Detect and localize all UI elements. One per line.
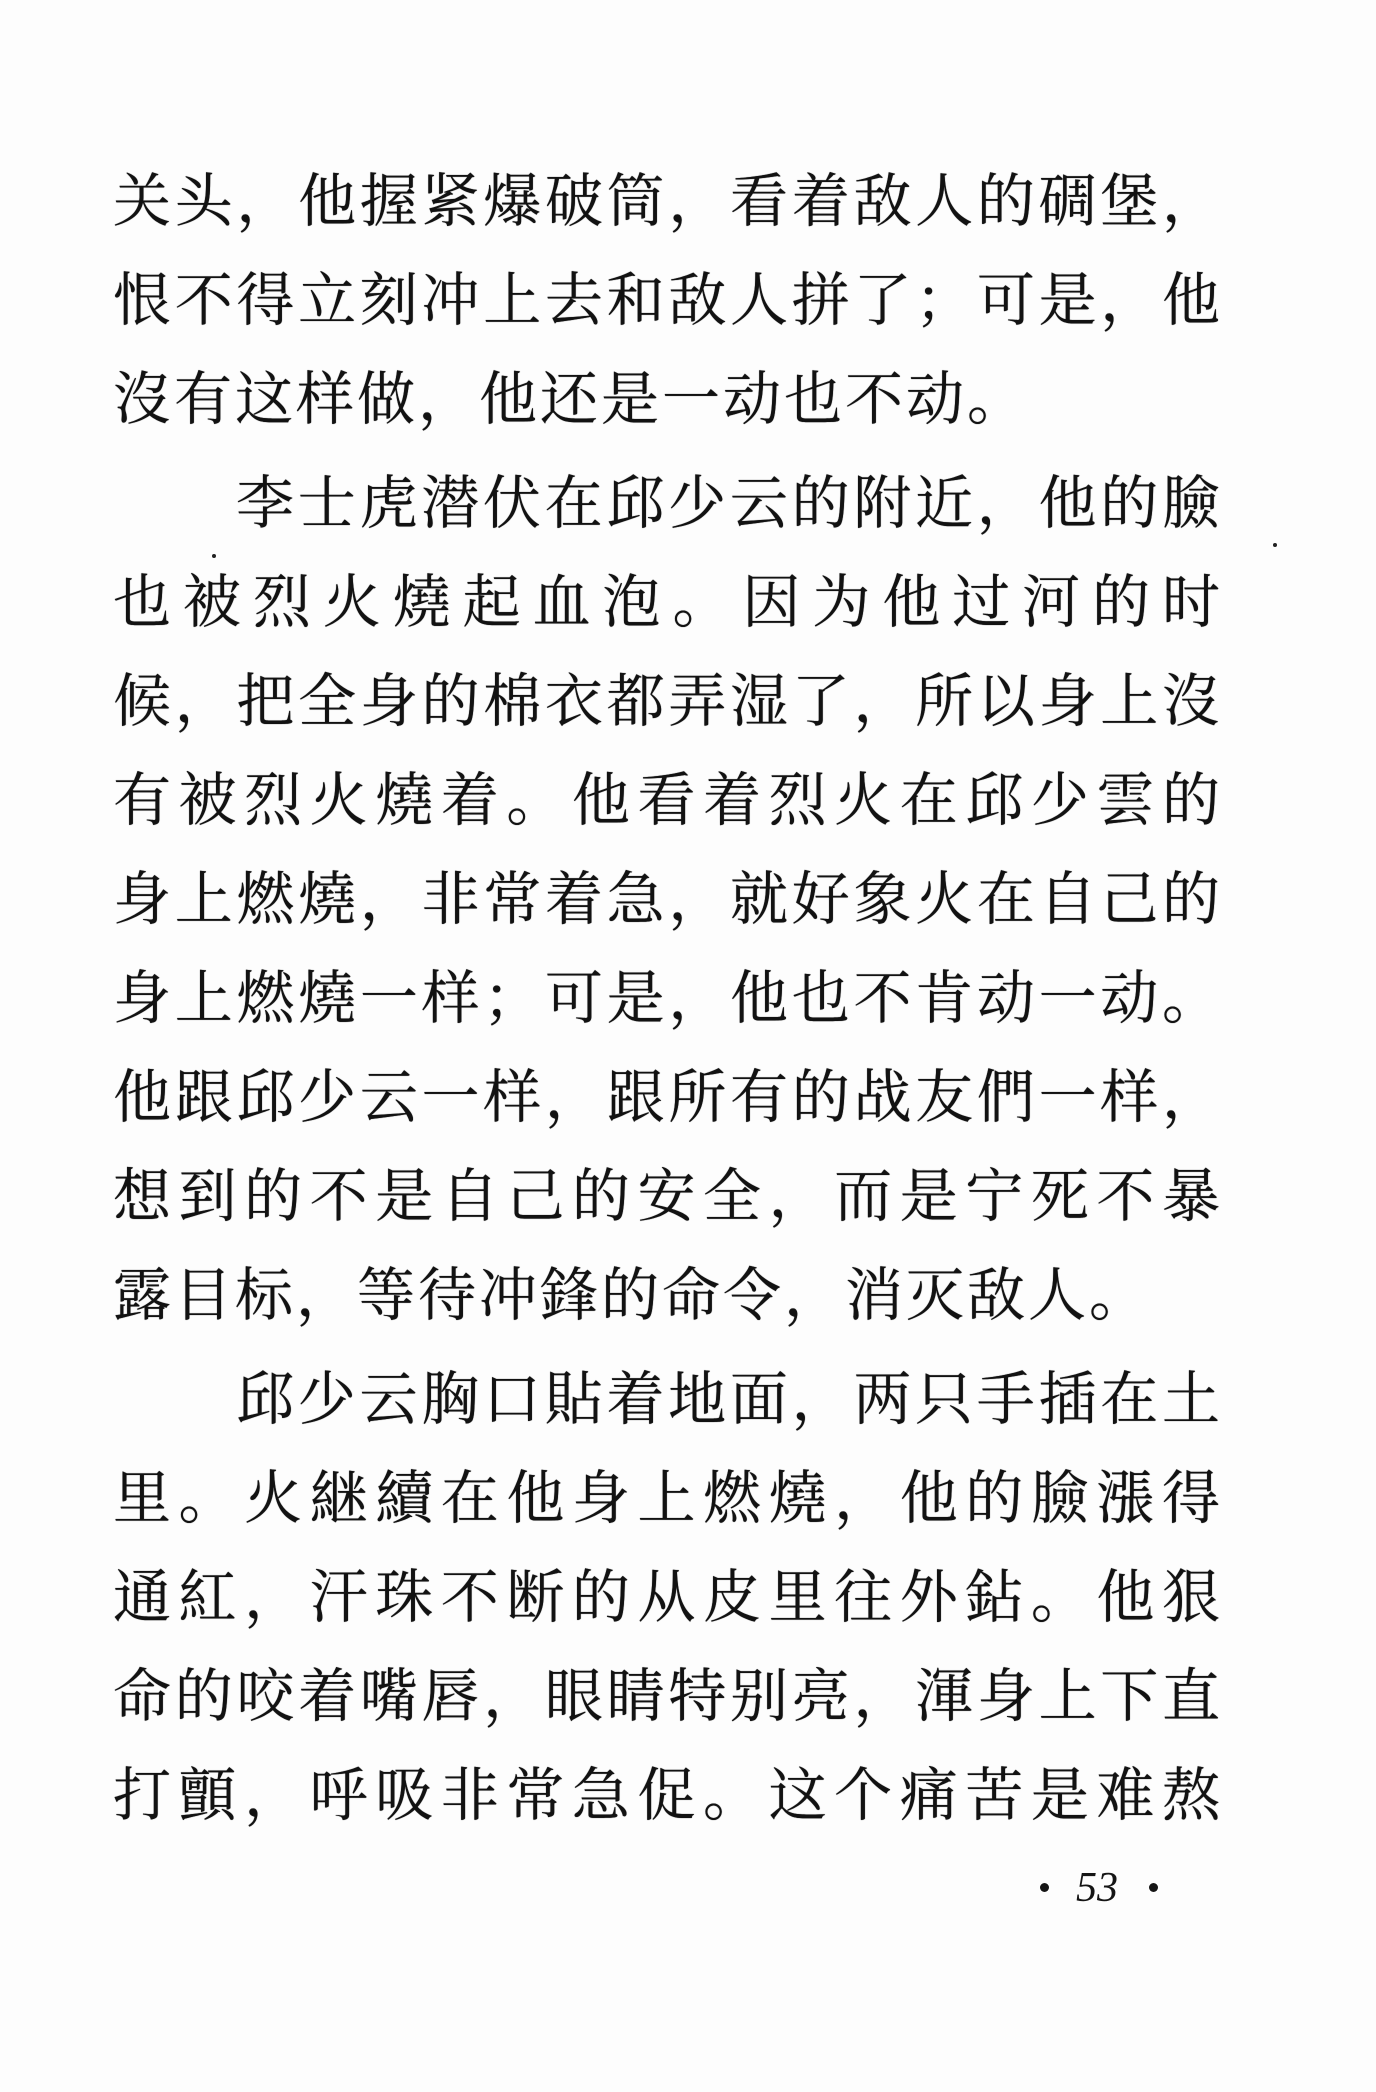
text-line: 他跟邱少云一样，跟所有的战友們一样， bbox=[113, 1048, 1220, 1147]
paragraph-li-shihu: 李士虎潜伏在邱少云的附近，他的臉 也被烈火燒起血泡。因为他过河的时 候，把全身的… bbox=[113, 454, 1220, 1345]
text-line-paragraph-end: 露目标，等待冲鋒的命令，消灭敌人。 bbox=[113, 1246, 1220, 1345]
text-line: 有被烈火燒着。他看着烈火在邱少雲的 bbox=[113, 751, 1220, 850]
folio-left-dot-icon bbox=[1040, 1883, 1049, 1892]
text-line: 打顫，呼吸非常急促。这个痛苦是难熬 bbox=[113, 1746, 1220, 1845]
scan-speck bbox=[1273, 543, 1277, 547]
text-line: 通紅，汗珠不断的从皮里往外鉆。他狠 bbox=[113, 1548, 1220, 1647]
text-line: 关头，他握紧爆破筒，看着敌人的碉堡， bbox=[113, 152, 1220, 251]
text-line: 候，把全身的棉衣都弄湿了，所以身上沒 bbox=[113, 652, 1220, 751]
text-line: 恨不得立刻冲上去和敌人拼了；可是，他 bbox=[113, 251, 1220, 350]
page-body-text: 关头，他握紧爆破筒，看着敌人的碉堡， 恨不得立刻冲上去和敌人拼了；可是，他 沒有… bbox=[113, 152, 1220, 1850]
text-line: 也被烈火燒起血泡。因为他过河的时 bbox=[113, 553, 1220, 652]
text-line: 命的咬着嘴唇，眼睛特别亮，渾身上下直 bbox=[113, 1647, 1220, 1746]
text-line: 里。火継續在他身上燃燒，他的臉漲得 bbox=[113, 1449, 1220, 1548]
folio-right-dot-icon bbox=[1149, 1883, 1158, 1892]
text-line-paragraph-end: 沒有这样做，他还是一动也不动。 bbox=[113, 350, 1220, 449]
scan-speck bbox=[212, 554, 216, 558]
paragraph-qiu-shaoyun: 邱少云胸口貼着地面，两只手插在土 里。火継續在他身上燃燒，他的臉漲得 通紅，汗珠… bbox=[113, 1350, 1220, 1845]
text-line: 想到的不是自己的安全，而是宁死不暴 bbox=[113, 1147, 1220, 1246]
text-line-indented: 邱少云胸口貼着地面，两只手插在土 bbox=[113, 1350, 1220, 1449]
page-number: 53 bbox=[1076, 1864, 1118, 1912]
text-line: 身上燃燒一样；可是，他也不肯动一动。 bbox=[113, 949, 1220, 1048]
text-line: 身上燃燒，非常着急，就好象火在自己的 bbox=[113, 850, 1220, 949]
text-line-indented: 李士虎潜伏在邱少云的附近，他的臉 bbox=[113, 454, 1220, 553]
paragraph-continued: 关头，他握紧爆破筒，看着敌人的碉堡， 恨不得立刻冲上去和敌人拼了；可是，他 沒有… bbox=[113, 152, 1220, 449]
